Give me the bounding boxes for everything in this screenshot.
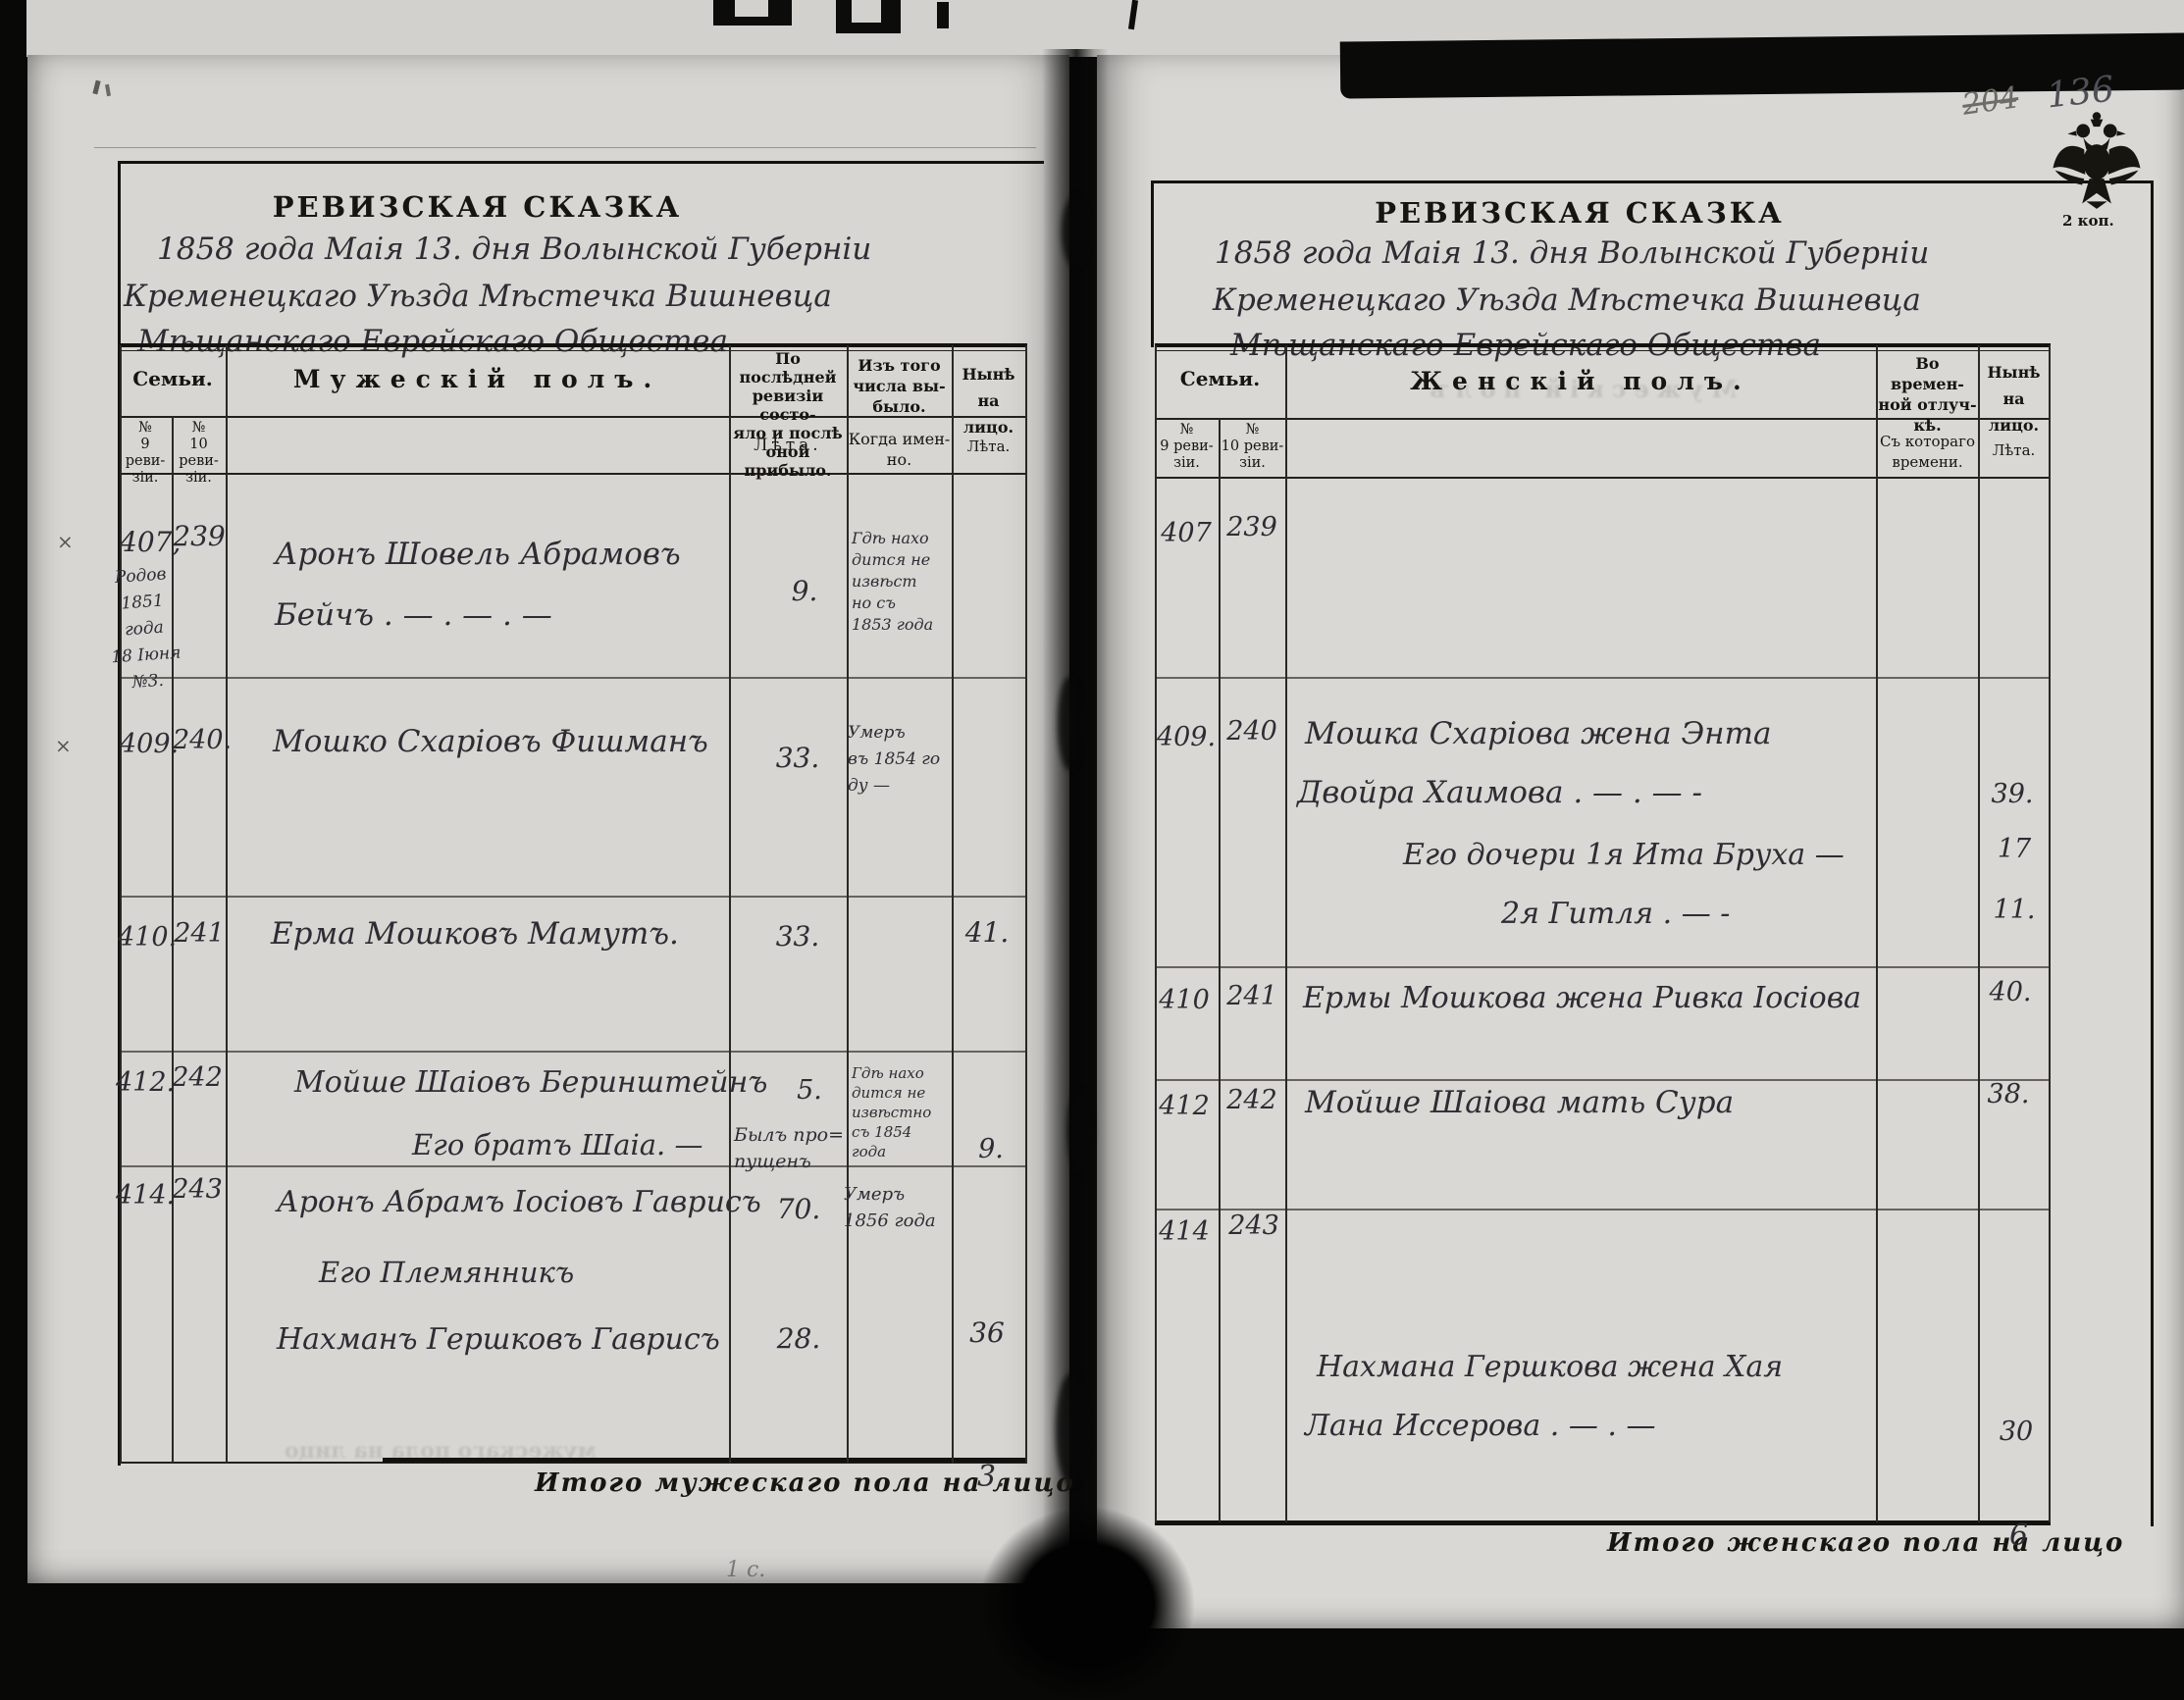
imperial-eagle-stamp-icon [2045, 110, 2149, 210]
left-footer-total: 3. [977, 1460, 1006, 1494]
right-footer-label: Итого женскаго пола на лицо [1607, 1528, 2124, 1558]
row-age: 30 [1984, 1417, 2049, 1447]
row-name-line: Его дочери 1я Ита Бруха — [1403, 838, 1845, 872]
row-present: 41. [957, 916, 1017, 949]
row-name-line: 2я Гитля . — - [1501, 897, 1730, 931]
row-age: 5. [785, 1075, 834, 1106]
row-rev9: 412 [1153, 1091, 1216, 1121]
left-header-line-2: Кременецкаго Уѣзда Мѣстечка Вишневца [124, 279, 832, 314]
table-line [226, 345, 228, 1464]
scan-edge-bottom-left [0, 1583, 1101, 1700]
row-name-2: Нахманъ Гершковъ Гаврисъ [277, 1322, 720, 1357]
row-note: Гдѣ нахо дится не извѣстно съ 1854 года [852, 1063, 950, 1161]
row-note: Умеръ 1856 года [844, 1181, 952, 1234]
row-rev9: 414 [1153, 1216, 1216, 1247]
row-age-2: 28. [769, 1322, 828, 1355]
row-rev9: 409. [120, 729, 174, 759]
row-separator [120, 1051, 1027, 1053]
row-rev9: 410. [118, 922, 172, 953]
spine-bottom-blob [979, 1507, 1195, 1700]
row-separator [1155, 1079, 2049, 1081]
row-separator [1155, 677, 2049, 679]
stamp-caption: 2 коп. [2062, 212, 2114, 230]
row-name-line: Ермы Мошкова жена Ривка Іосіова [1303, 981, 1861, 1015]
scan-artifact-glyph [852, 0, 881, 23]
binding-stain [1058, 677, 1081, 770]
scan-artifact-glyph [735, 0, 768, 17]
table-line [120, 473, 1027, 475]
table-line [729, 345, 731, 1464]
right-header-line-2: Кременецкаго Уѣзда Мѣстечка Вишневца [1213, 283, 1921, 318]
frame-line [94, 147, 1036, 148]
frame-line [118, 161, 1044, 164]
row-age: 39. [1980, 779, 2045, 809]
row-rev10: 240. [173, 725, 226, 755]
scan-artifact-glyph [937, 2, 949, 28]
col-header-rev10: № 10 реви- зіи. [173, 420, 225, 487]
row-name-line: Мойше Шаіова мать Сура [1305, 1085, 1734, 1120]
row-name-line: Мошка Схаріова жена Энта [1305, 716, 1771, 751]
col-header-years2: Лѣта. [953, 438, 1024, 455]
row-rev10: 240 [1220, 716, 1284, 747]
row-separator [120, 677, 1027, 679]
table-line [1155, 350, 2051, 351]
table-line [1155, 1520, 2051, 1525]
left-page-title: РЕВИЗСКАЯ СКАЗКА [226, 190, 729, 224]
binding-stain [1062, 196, 1089, 267]
row-name: Ерма Мошковъ Мамутъ. [271, 916, 679, 952]
row-separator [120, 896, 1027, 898]
table-line [1285, 345, 1287, 1522]
table-line [1155, 343, 2051, 347]
bottom-scribble: 1 с. [726, 1558, 765, 1582]
row-present-2: 36 [958, 1316, 1016, 1349]
row-age: 9. [775, 575, 834, 607]
row-rev9: 412. [116, 1067, 170, 1098]
row-name: Мойше Шаіовъ Беринштейнъ [294, 1065, 767, 1100]
row-separator [120, 1165, 1027, 1167]
table-line [1219, 418, 1221, 1522]
row-relative-label: Его Племянникъ [319, 1256, 574, 1289]
row-separator [1155, 1209, 2049, 1211]
col-header-male-sex: Мужескій полъ. [226, 365, 729, 393]
row-age: 33. [765, 742, 830, 774]
row-rev9: 414. [116, 1180, 170, 1211]
col-header-years: Лѣта. [730, 436, 846, 455]
row-rev10: 241 [173, 918, 226, 949]
table-line [1876, 345, 1878, 1522]
row-age: 17 [1982, 834, 2047, 864]
row-name-line: Нахмана Гершкова жена Хая [1317, 1350, 1783, 1384]
col-header-last-revision: По послѣдней ревизіи состо- яло и послѣ … [730, 349, 846, 480]
row-rev9: 410 [1153, 985, 1216, 1015]
row-name-line: Двойра Хаимова . — . — - [1297, 775, 1702, 810]
left-header-line-1: 1858 года Маія 13. дня Волынской Губерні… [157, 232, 871, 267]
row-rev10: 243 [1222, 1211, 1286, 1241]
table-line [120, 343, 1027, 347]
row-name: Аронъ Шовель Абрамовъ Бейчъ . — . — . — [275, 524, 736, 645]
row-rev10: 242 [1220, 1085, 1284, 1115]
col-header-absence: Во времен- ной отлуч- кѣ. [1877, 353, 1978, 436]
table-line [1025, 345, 1027, 1464]
row-sub-name: Его братъ Шаіа. — [412, 1128, 703, 1161]
right-footer-total: 6 [2009, 1519, 2028, 1553]
col-header-present: Нынѣ на лицо. [953, 361, 1024, 440]
row-name: Аронъ Абрамъ Іосіовъ Гаврисъ [277, 1185, 761, 1219]
row-sub-age-note: Былъ про= пущенъ [734, 1122, 844, 1175]
scan-edge-left [0, 0, 26, 1700]
row-rev10: 243 [171, 1174, 224, 1205]
col-header-family: Семьи. [1155, 367, 1285, 390]
col-header-female-sex: Женскій полъ. [1285, 367, 1876, 395]
row-name: Мошко Схаріовъ Фишманъ [273, 724, 708, 759]
margin-mark: × [57, 530, 74, 553]
row-rev9: 409. [1155, 722, 1218, 752]
right-page-title: РЕВИЗСКАЯ СКАЗКА [1285, 196, 1874, 230]
row-age: 40. [1978, 977, 2043, 1007]
binding-stain [1067, 1089, 1093, 1172]
frame-line [2151, 180, 2154, 1526]
table-line [120, 350, 1027, 351]
col-header-departed: Изъ того числа вы- было. [848, 355, 951, 417]
scan-edge-bottom-right [1097, 1628, 2184, 1700]
row-separator [1155, 966, 2049, 968]
row-rev10: 239 [173, 520, 226, 552]
row-rev10: 242 [171, 1062, 224, 1093]
col-header-since: Съ котораго времени. [1877, 432, 1978, 473]
col-header-rev10: № 10 реви- зіи. [1220, 422, 1285, 472]
row-sub-present: 9. [966, 1134, 1015, 1164]
frame-line [1151, 180, 2154, 183]
col-header-family: Семьи. [120, 367, 226, 390]
col-header-years: Лѣта. [1979, 441, 2049, 459]
col-header-present: Нынѣ на лицо. [1979, 359, 2049, 438]
row-age: 33. [765, 920, 830, 953]
row-rev9-note: Родов 1851 года 18 Іюня №3. [97, 560, 190, 698]
row-name-line: Лана Иссерова . — . — [1305, 1409, 1655, 1443]
scanned-revision-list-document: РЕВИЗСКАЯ СКАЗКА 1858 года Маія 13. дня … [0, 0, 2184, 1700]
col-header-when: Когда имен- но. [848, 429, 951, 470]
margin-mark: × [55, 734, 72, 757]
table-line [847, 345, 849, 1464]
table-line [120, 345, 122, 1464]
col-header-rev9: № 9 реви- зіи. [120, 420, 171, 487]
row-rev9: 407 [1155, 518, 1218, 548]
ink-bleed-ghost: мужескаго пола на лицо [285, 1438, 597, 1464]
row-rev10: 241 [1220, 981, 1284, 1011]
table-line [952, 345, 954, 1464]
row-age: 70. [769, 1193, 828, 1225]
row-rev9: 407, [120, 526, 174, 558]
table-line [1978, 345, 1980, 1522]
table-line [1155, 477, 2051, 479]
row-rev10: 239 [1220, 512, 1284, 542]
frame-line [1151, 180, 1154, 347]
col-header-rev9: № 9 реви- зіи. [1155, 422, 1219, 472]
row-age: 38. [1976, 1079, 2041, 1109]
row-note: Умеръ въ 1854 го ду — [848, 720, 951, 799]
right-header-line-1: 1858 года Маія 13. дня Волынской Губерні… [1215, 235, 1929, 271]
row-age: 11. [1982, 895, 2047, 925]
row-note: Гдѣ нахо дится не извѣст но съ 1853 года [852, 528, 950, 636]
table-line [2049, 345, 2051, 1522]
